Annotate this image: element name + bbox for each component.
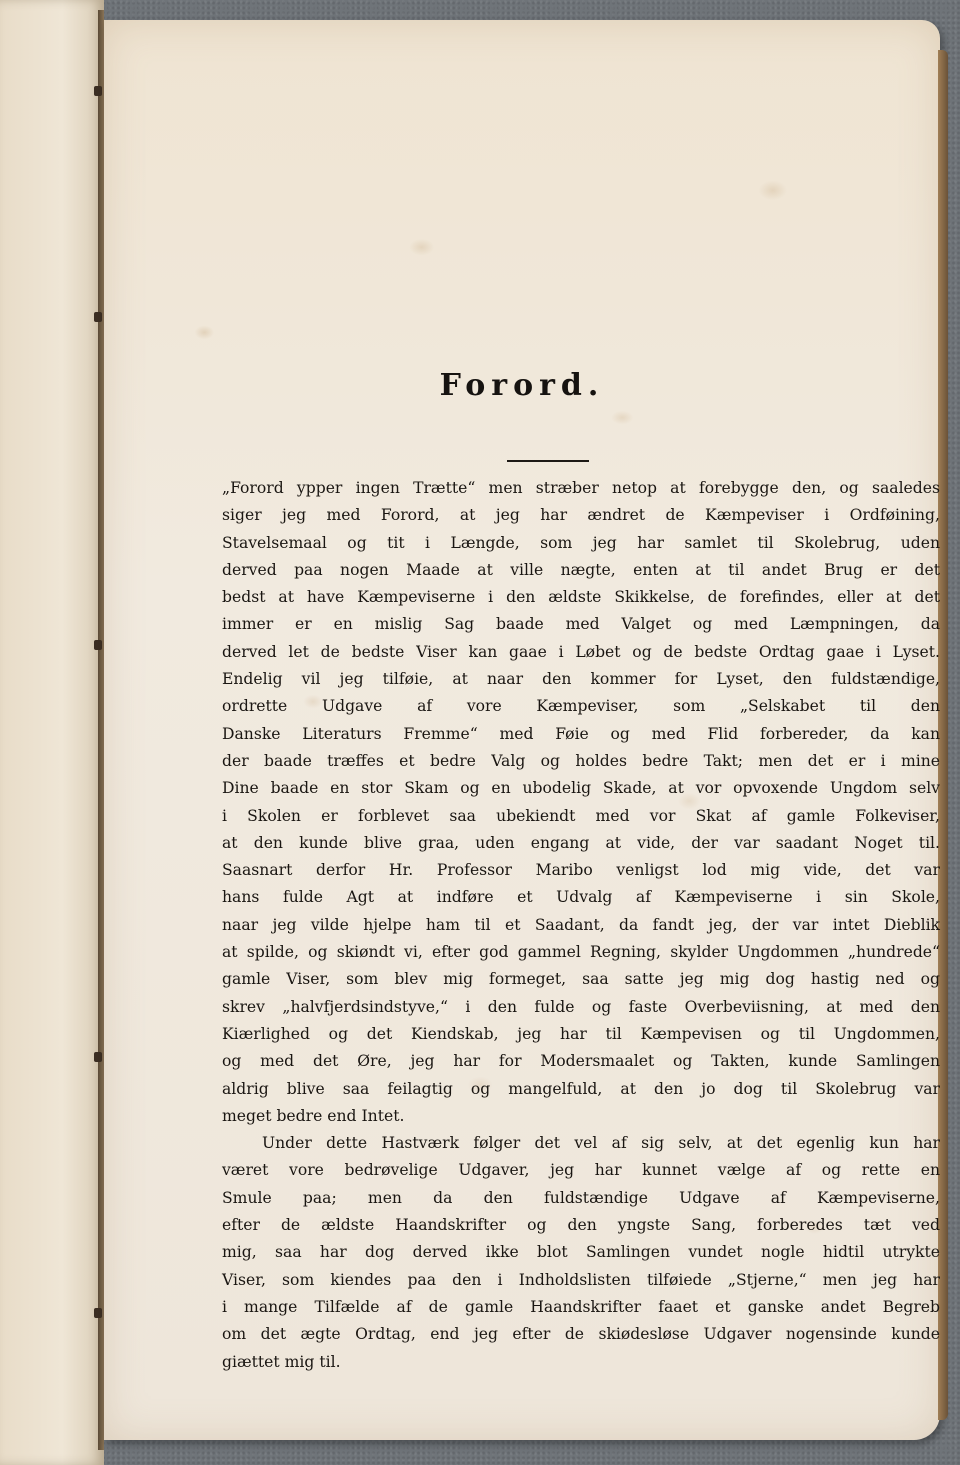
text-line: aldrig blive saa feilagtig og mangelfuld…	[222, 1076, 940, 1103]
text-line: mig, saa har dog derved ikke blot Samlin…	[222, 1239, 940, 1266]
text-line: immer er en mislig Sag baade med Valget …	[222, 611, 940, 638]
text-line: om det ægte Ordtag, end jeg efter de ski…	[222, 1321, 940, 1348]
text-line: „Forord ypper ingen Trætte“ men stræber …	[222, 475, 940, 502]
text-line: hans fulde Agt at indføre et Udvalg af K…	[222, 884, 940, 911]
text-line: Viser, som kiendes paa den i Indholdslis…	[222, 1267, 940, 1294]
paragraph: Under dette Hastværk følger det vel af s…	[222, 1130, 940, 1376]
text-line: derved let de bedste Viser kan gaae i Lø…	[222, 639, 940, 666]
text-line: skrev „halvfjerdsindstyve,“ i den fulde …	[222, 994, 940, 1021]
text-line: Dine baade en stor Skam og en ubodelig S…	[222, 775, 940, 802]
text-line: Saasnart derfor Hr. Professor Maribo ven…	[222, 857, 940, 884]
page-title: Forord.	[104, 368, 940, 403]
paragraph: „Forord ypper ingen Trætte“ men stræber …	[222, 475, 940, 1130]
left-page-edge	[0, 0, 104, 1465]
text-line: bedst at have Kæmpeviserne i den ældste …	[222, 584, 940, 611]
text-line: giættet mig til.	[222, 1349, 940, 1376]
text-line: ordrette Udgave af vore Kæmpeviser, som …	[222, 693, 940, 720]
text-line: at spilde, og skiøndt vi, efter god gamm…	[222, 939, 940, 966]
text-line: efter de ældste Haandskrifter og den yng…	[222, 1212, 940, 1239]
text-line: i mange Tilfælde af de gamle Haandskrift…	[222, 1294, 940, 1321]
text-line: siger jeg med Forord, at jeg har ændret …	[222, 502, 940, 529]
binding-stitch	[94, 86, 102, 96]
text-line: og med det Øre, jeg har for Modersmaalet…	[222, 1048, 940, 1075]
book-page: Forord. „Forord ypper ingen Trætte“ men …	[104, 20, 940, 1440]
text-line: derved paa nogen Maade at ville nægte, e…	[222, 557, 940, 584]
text-line: naar jeg vilde hjelpe ham til et Saadant…	[222, 912, 940, 939]
title-divider	[507, 460, 589, 462]
text-line: Under dette Hastværk følger det vel af s…	[222, 1130, 940, 1157]
text-line: der baade træffes et bedre Valg og holde…	[222, 748, 940, 775]
text-line: Danske Literaturs Fremme“ med Føie og me…	[222, 721, 940, 748]
text-line: Kiærlighed og det Kiendskab, jeg har til…	[222, 1021, 940, 1048]
binding-stitch	[94, 1052, 102, 1062]
text-line: Smule paa; men da den fuldstændige Udgav…	[222, 1185, 940, 1212]
text-line: Endelig vil jeg tilføie, at naar den kom…	[222, 666, 940, 693]
text-line: gamle Viser, som blev mig formeget, saa …	[222, 966, 940, 993]
binding-stitch	[94, 640, 102, 650]
binding-stitch	[94, 1308, 102, 1318]
text-line: at den kunde blive graa, uden engang at …	[222, 830, 940, 857]
text-line: meget bedre end Intet.	[222, 1103, 940, 1130]
binding-stitch	[94, 312, 102, 322]
text-line: i Skolen er forblevet saa ubekiendt med …	[222, 803, 940, 830]
body-text: „Forord ypper ingen Trætte“ men stræber …	[222, 475, 940, 1376]
text-line: været vore bedrøvelige Udgaver, jeg har …	[222, 1157, 940, 1184]
text-line: Stavelsemaal og tit i Længde, som jeg ha…	[222, 530, 940, 557]
